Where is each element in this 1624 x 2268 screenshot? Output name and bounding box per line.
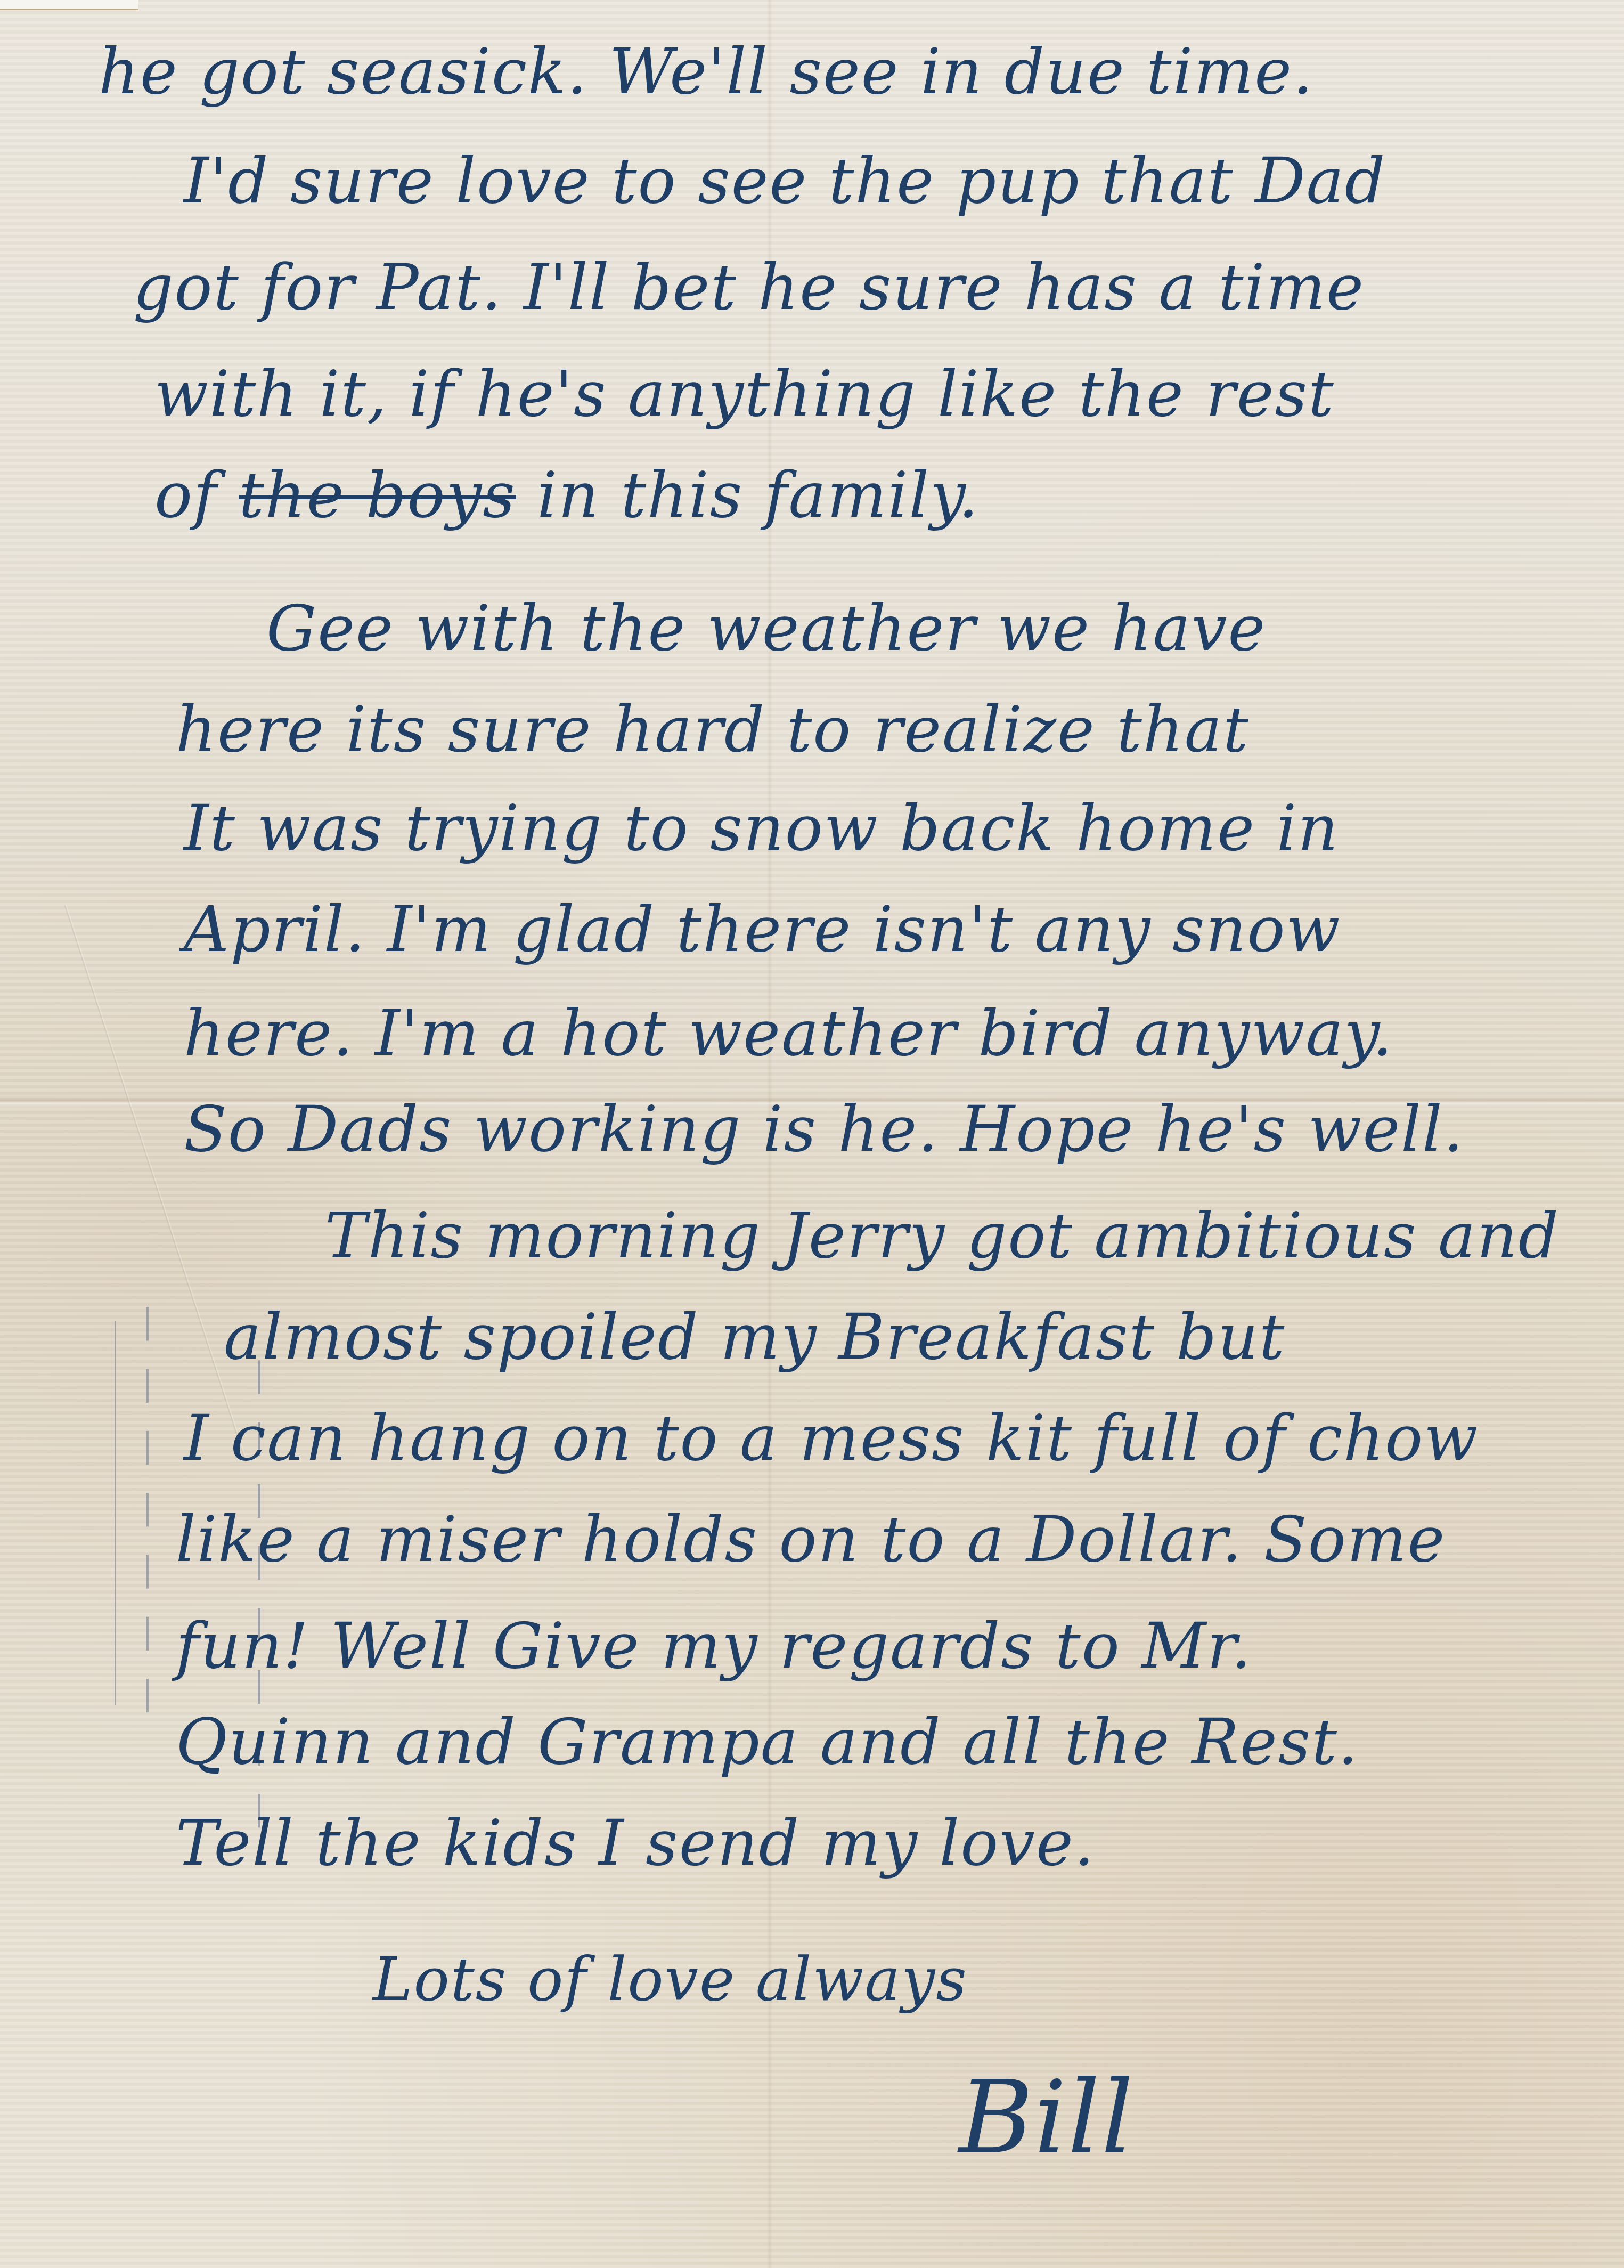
letter-line-8: It was trying to snow back home in: [184, 796, 1339, 859]
letter-line-10: here. I'm a hot weather bird anyway.: [184, 1002, 1393, 1064]
letter-line-12: This morning Jerry got ambitious and: [325, 1204, 1560, 1267]
letter-line-13: almost spoiled my Breakfast but: [224, 1305, 1285, 1368]
letter-line-2: I'd sure love to see the pup that Dad: [184, 149, 1386, 212]
letter-closing: Lots of love always: [373, 1950, 968, 2010]
letter-line-5-end: in this family.: [537, 458, 979, 532]
letter-line-18: Tell the kids I send my love.: [176, 1811, 1095, 1874]
letter-line-16: fun! Well Give my regards to Mr.: [176, 1614, 1252, 1677]
letter-line-3: got for Pat. I'll bet he sure has a time: [133, 256, 1365, 319]
letter-page: — — — — — — — — — — — — — — — he got sea…: [0, 0, 1624, 2268]
letter-line-6: Gee with the weather we have: [266, 597, 1266, 660]
letter-signature: Bill: [959, 2067, 1135, 2168]
letter-line-17: Quinn and Grampa and all the Rest.: [176, 1710, 1359, 1773]
struck-out-words: the boys: [239, 458, 516, 532]
letter-line-15: like a miser holds on to a Dollar. Some: [176, 1508, 1446, 1571]
pencil-marginalia-col1: — — — — — — —: [128, 1305, 172, 1721]
pencil-margin-rule: [115, 1321, 116, 1705]
letter-line-4: with it, if he's anything like the rest: [154, 362, 1335, 425]
letter-line-7: here its sure hard to realize that: [176, 698, 1250, 761]
letter-line-9: April. I'm glad there isn't any snow: [184, 898, 1341, 961]
torn-top-edge: [0, 0, 138, 10]
letter-line-5: of the boys in this family.: [154, 464, 980, 526]
letter-line-11: So Dads working is he. Hope he's well.: [184, 1098, 1464, 1160]
letter-line-14: I can hang on to a mess kit full of chow: [184, 1407, 1479, 1469]
letter-line-1: he got seasick. We'll see in due time.: [99, 40, 1314, 103]
letter-line-5-start: of: [154, 458, 218, 532]
